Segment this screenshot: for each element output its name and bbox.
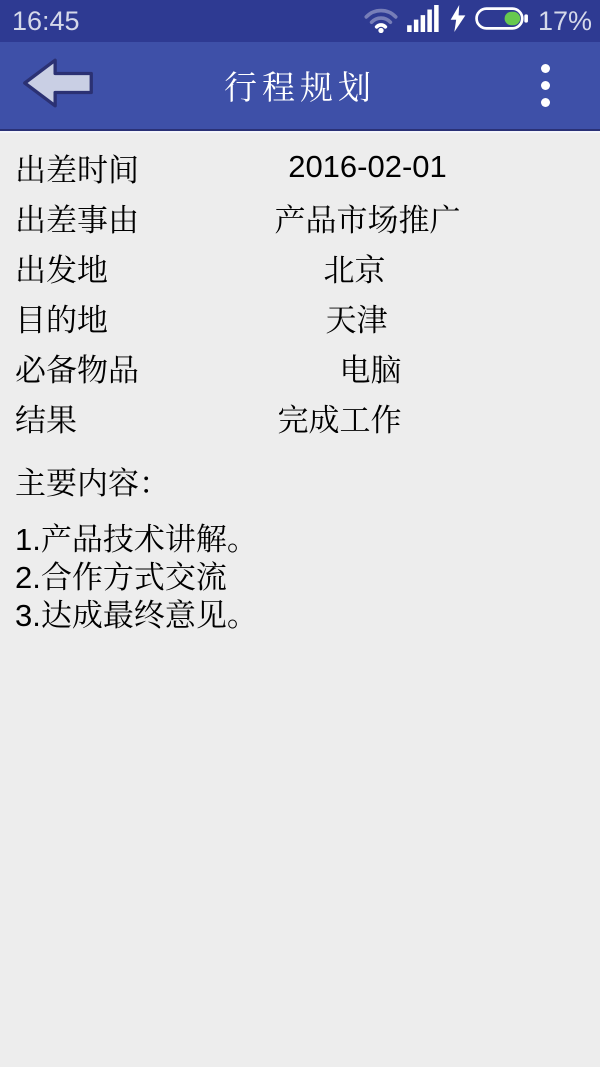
field-label: 结果: [15, 395, 225, 440]
main-content-list: 1.产品技术讲解。 2.合作方式交流 3.达成最终意见。: [0, 521, 600, 635]
field-value: 完成工作: [197, 395, 482, 440]
status-icons: 17%: [364, 5, 592, 38]
field-value: 北京: [212, 245, 497, 290]
charging-icon: [450, 5, 466, 37]
form-row-destination: 目的地 天津: [0, 292, 600, 342]
status-bar: 16:45: [0, 0, 600, 42]
field-label: 目的地: [15, 295, 225, 340]
battery-percent-label: 17%: [538, 6, 592, 37]
field-value: 天津: [214, 295, 499, 340]
trip-plan-content: 出差时间 2016-02-01 出差事由 产品市场推广 出发地 北京 目的地 天…: [0, 133, 600, 635]
field-label: 出发地: [15, 245, 225, 290]
menu-dot: [541, 64, 550, 73]
form-row-required-items: 必备物品 电脑: [0, 342, 600, 392]
wifi-icon: [364, 5, 398, 38]
field-value: 产品市场推广: [225, 195, 510, 240]
menu-dot: [541, 98, 550, 107]
form-row-departure: 出发地 北京: [0, 242, 600, 292]
list-item: 1.产品技术讲解。: [15, 521, 600, 559]
menu-dot: [541, 81, 550, 90]
back-arrow-icon: [20, 55, 96, 116]
list-item: 2.合作方式交流: [15, 559, 600, 597]
signal-strength-icon: [407, 5, 441, 37]
form-row-trip-reason: 出差事由 产品市场推广: [0, 192, 600, 242]
list-item: 3.达成最终意见。: [15, 597, 600, 635]
main-content-heading: 主要内容：: [0, 458, 600, 503]
form-row-trip-date: 出差时间 2016-02-01: [0, 142, 600, 192]
phone-screen: 16:45: [0, 0, 600, 1067]
back-button[interactable]: [20, 58, 96, 114]
field-label: 出差时间: [15, 145, 225, 190]
field-label: 必备物品: [15, 345, 225, 390]
overflow-menu-icon[interactable]: [530, 42, 560, 129]
form-row-result: 结果 完成工作: [0, 392, 600, 442]
battery-icon: [475, 5, 529, 37]
field-value: 2016-02-01: [225, 149, 510, 185]
status-time: 16:45: [12, 0, 80, 42]
field-value: 电脑: [228, 345, 513, 390]
app-header: 行程规划: [0, 42, 600, 131]
field-label: 出差事由: [15, 195, 225, 240]
